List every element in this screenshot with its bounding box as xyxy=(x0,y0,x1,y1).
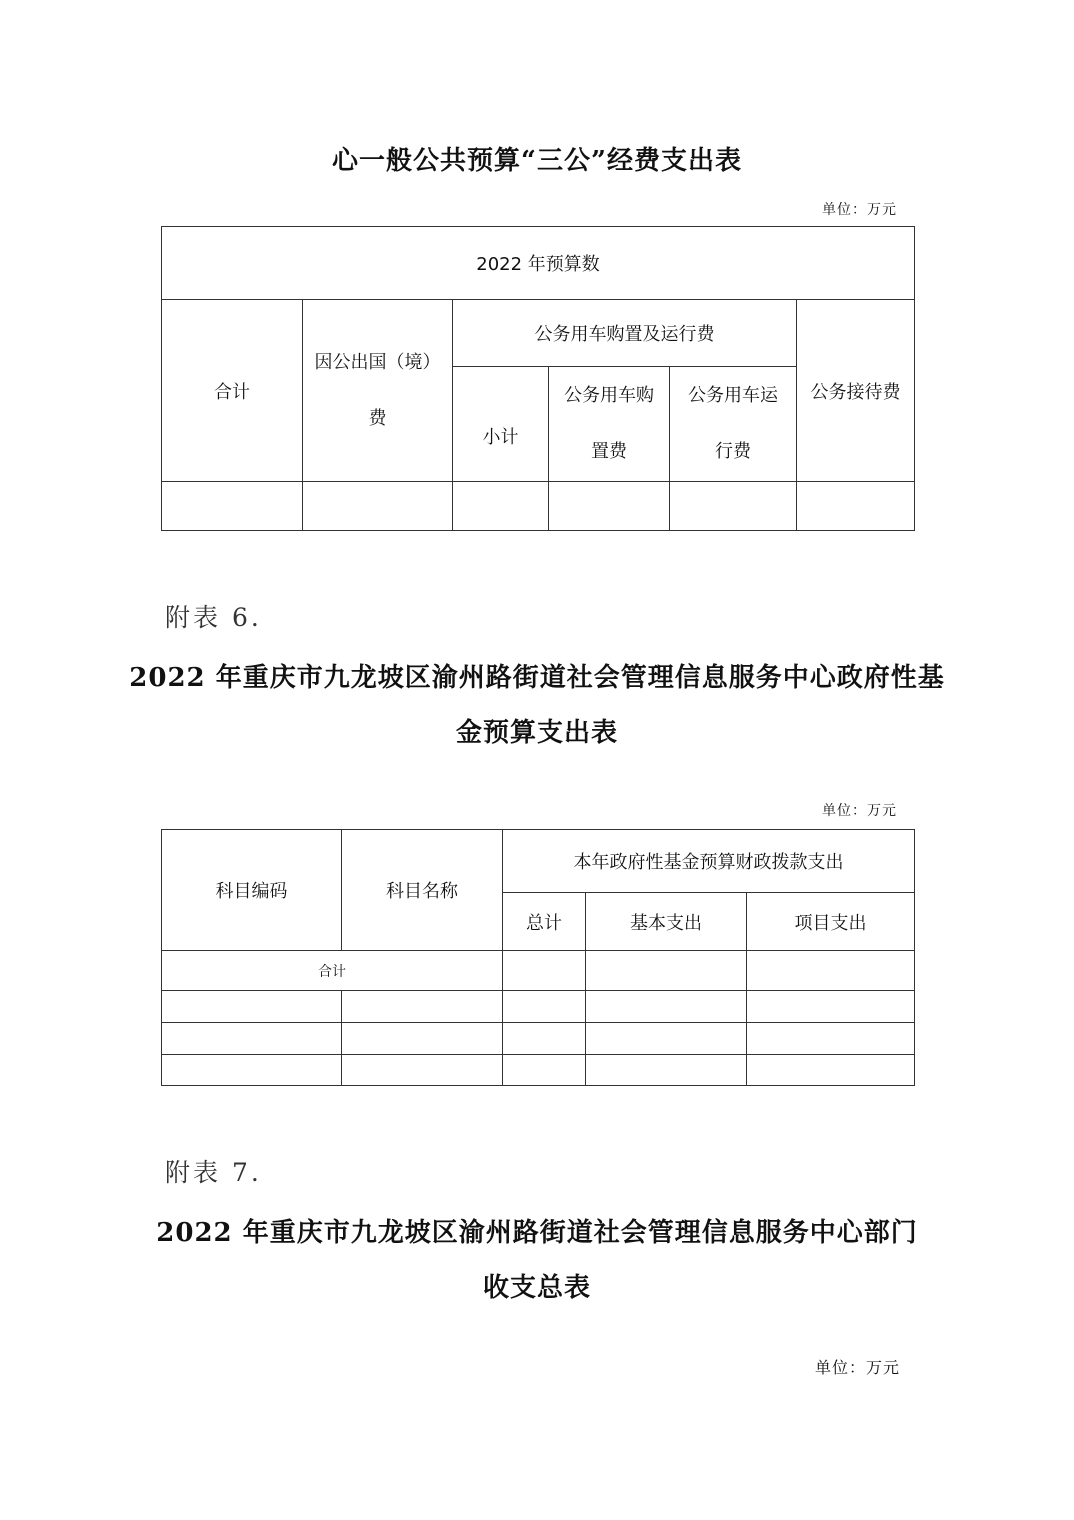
table-cell xyxy=(453,482,549,531)
unit-label: 单位：万元 xyxy=(822,199,897,219)
table-cell xyxy=(342,991,503,1023)
table-cell xyxy=(503,1055,586,1086)
table-cell xyxy=(303,482,453,531)
total-row: 合计 xyxy=(162,951,915,991)
appendix7-title-line2: 收支总表 xyxy=(0,1267,1074,1304)
header-total: 合计 xyxy=(162,300,303,482)
appendix7-unit-label: 单位：万元 xyxy=(815,1355,900,1378)
header-basic-expense: 基本支出 xyxy=(586,893,747,951)
table-cell xyxy=(797,482,915,531)
header-vehicle-operation-line2: 行费 xyxy=(670,424,796,480)
table-cell xyxy=(747,951,915,991)
sangong-table-title: 心一般公共预算“三公”经费支出表 xyxy=(0,140,1074,177)
table-row xyxy=(162,991,915,1023)
table-cell xyxy=(162,991,342,1023)
header-vehicle-operation: 公务用车运 行费 xyxy=(670,367,797,482)
table-cell xyxy=(747,1055,915,1086)
appendix7-label: 附表 7. xyxy=(165,1153,262,1189)
table-cell xyxy=(549,482,670,531)
sangong-expense-table: 2022 年预算数 合计 因公出国（境） 费 公务用车购置及运行费 公务接待费 … xyxy=(161,226,915,531)
header-abroad-fee: 因公出国（境） 费 xyxy=(303,300,453,482)
header-vehicle-purchase: 公务用车购 置费 xyxy=(549,367,670,482)
table-cell xyxy=(747,1023,915,1055)
table-cell xyxy=(670,482,797,531)
header-grand-total: 总计 xyxy=(503,893,586,951)
appendix6-title-line1: 2022 年重庆市九龙坡区渝州路街道社会管理信息服务中心政府性基 xyxy=(0,657,1074,694)
table-cell xyxy=(503,951,586,991)
table-cell xyxy=(586,991,747,1023)
table-cell xyxy=(503,991,586,1023)
table-cell xyxy=(503,1023,586,1055)
appendix7-title-line1: 2022 年重庆市九龙坡区渝州路街道社会管理信息服务中心部门 xyxy=(0,1212,1074,1249)
table-cell xyxy=(747,991,915,1023)
appendix6-unit-label: 单位：万元 xyxy=(822,800,897,820)
table-cell xyxy=(342,1023,503,1055)
gov-fund-expense-table: 科目编码 科目名称 本年政府性基金预算财政拨款支出 总计 基本支出 项目支出 合… xyxy=(161,829,915,1086)
header-vehicle-group: 公务用车购置及运行费 xyxy=(453,300,797,367)
header-year-budget: 2022 年预算数 xyxy=(162,227,915,300)
header-abroad-line1: 因公出国（境） xyxy=(303,335,452,391)
table-cell xyxy=(162,1055,342,1086)
appendix6-title-line2: 金预算支出表 xyxy=(0,712,1074,749)
table-cell xyxy=(162,482,303,531)
table-row xyxy=(162,482,915,531)
table-cell xyxy=(342,1055,503,1086)
appendix6-label: 附表 6. xyxy=(165,598,262,634)
table-row xyxy=(162,1055,915,1086)
header-vehicle-operation-line1: 公务用车运 xyxy=(670,368,796,424)
header-project-expense: 项目支出 xyxy=(747,893,915,951)
header-subject-code: 科目编码 xyxy=(162,830,342,951)
table-cell xyxy=(586,1055,747,1086)
header-vehicle-purchase-line1: 公务用车购 xyxy=(549,368,669,424)
header-subject-name: 科目名称 xyxy=(342,830,503,951)
header-vehicle-purchase-line2: 置费 xyxy=(549,424,669,480)
total-row-label: 合计 xyxy=(162,951,503,991)
table-cell xyxy=(586,951,747,991)
header-fund-group: 本年政府性基金预算财政拨款支出 xyxy=(503,830,915,893)
table-row xyxy=(162,1023,915,1055)
header-abroad-line2: 费 xyxy=(303,391,452,447)
table-cell xyxy=(586,1023,747,1055)
header-reception-fee: 公务接待费 xyxy=(797,300,915,482)
header-subtotal: 小计 xyxy=(453,367,549,482)
table-cell xyxy=(162,1023,342,1055)
